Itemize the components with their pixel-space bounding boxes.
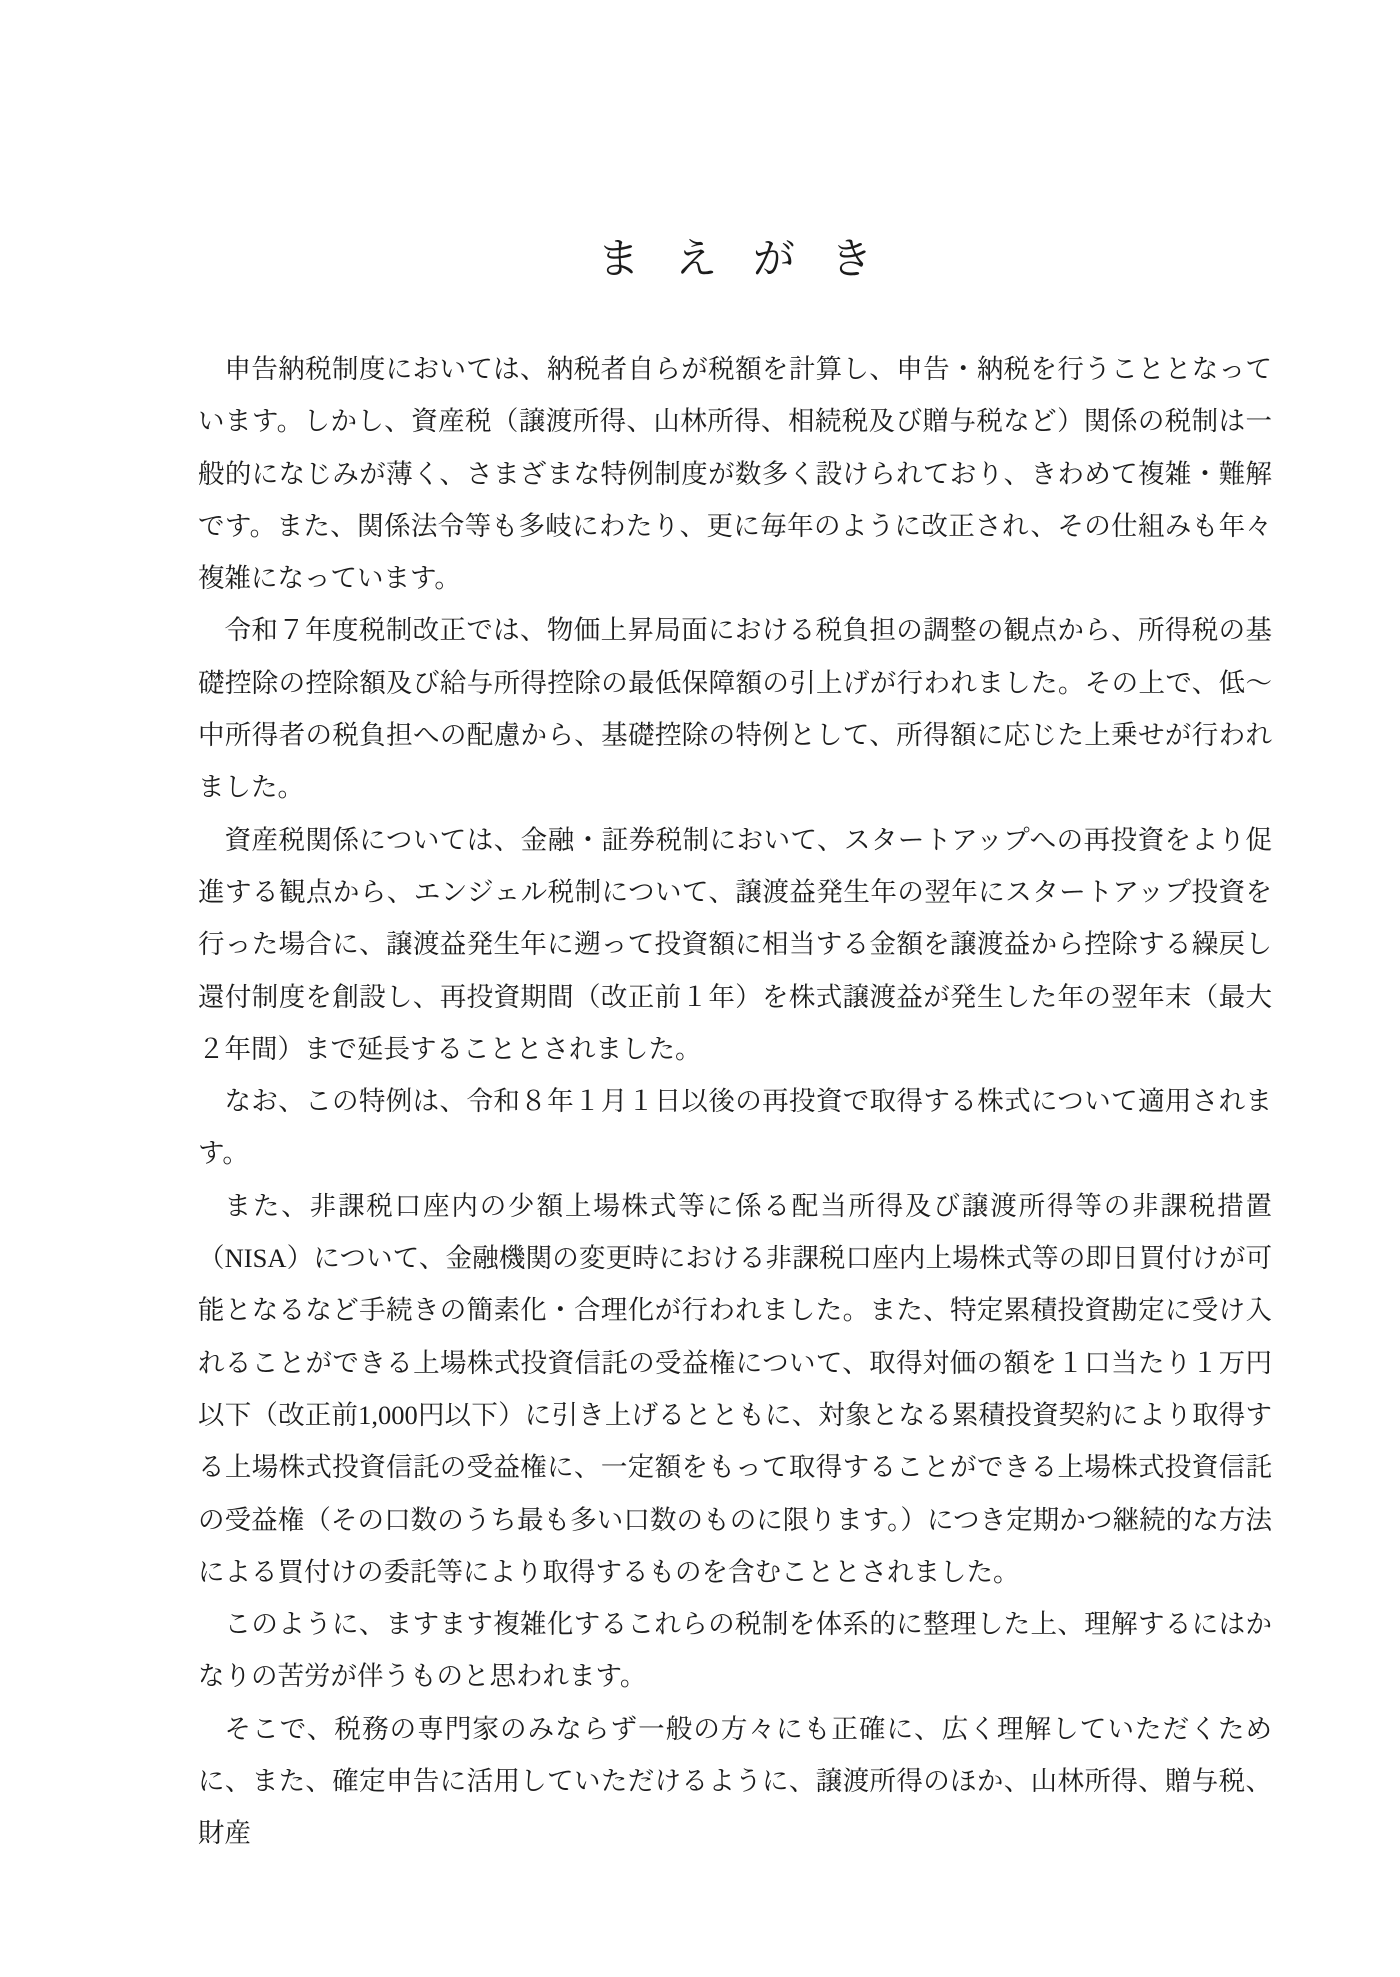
paragraph: また、非課税口座内の少額上場株式等に係る配当所得及び譲渡所得等の非課税措置（NI…	[198, 1180, 1272, 1598]
paragraph: なお、この特例は、令和８年１月１日以後の再投資で取得する株式について適用されます…	[198, 1075, 1272, 1180]
paragraph: このように、ますます複雑化するこれらの税制を体系的に整理した上、理解するにはかな…	[198, 1598, 1272, 1703]
paragraph: 資産税関係については、金融・証券税制において、スタートアップへの再投資をより促進…	[198, 814, 1272, 1075]
paragraph: そこで、税務の専門家のみならず一般の方々にも正確に、広く理解していただくために、…	[198, 1703, 1272, 1860]
preface-body: 申告納税制度においては、納税者自らが税額を計算し、申告・納税を行うこととなってい…	[198, 343, 1272, 1860]
page: まえがき 申告納税制度においては、納税者自らが税額を計算し、申告・納税を行うこと…	[0, 0, 1400, 1977]
scanned-book-page: { "document": { "title": "まえがき", "paragr…	[0, 0, 1400, 1977]
page-title: まえがき	[198, 236, 1272, 284]
paragraph: 申告納税制度においては、納税者自らが税額を計算し、申告・納税を行うこととなってい…	[198, 343, 1272, 604]
paragraph: 令和７年度税制改正では、物価上昇局面における税負担の調整の観点から、所得税の基礎…	[198, 604, 1272, 813]
